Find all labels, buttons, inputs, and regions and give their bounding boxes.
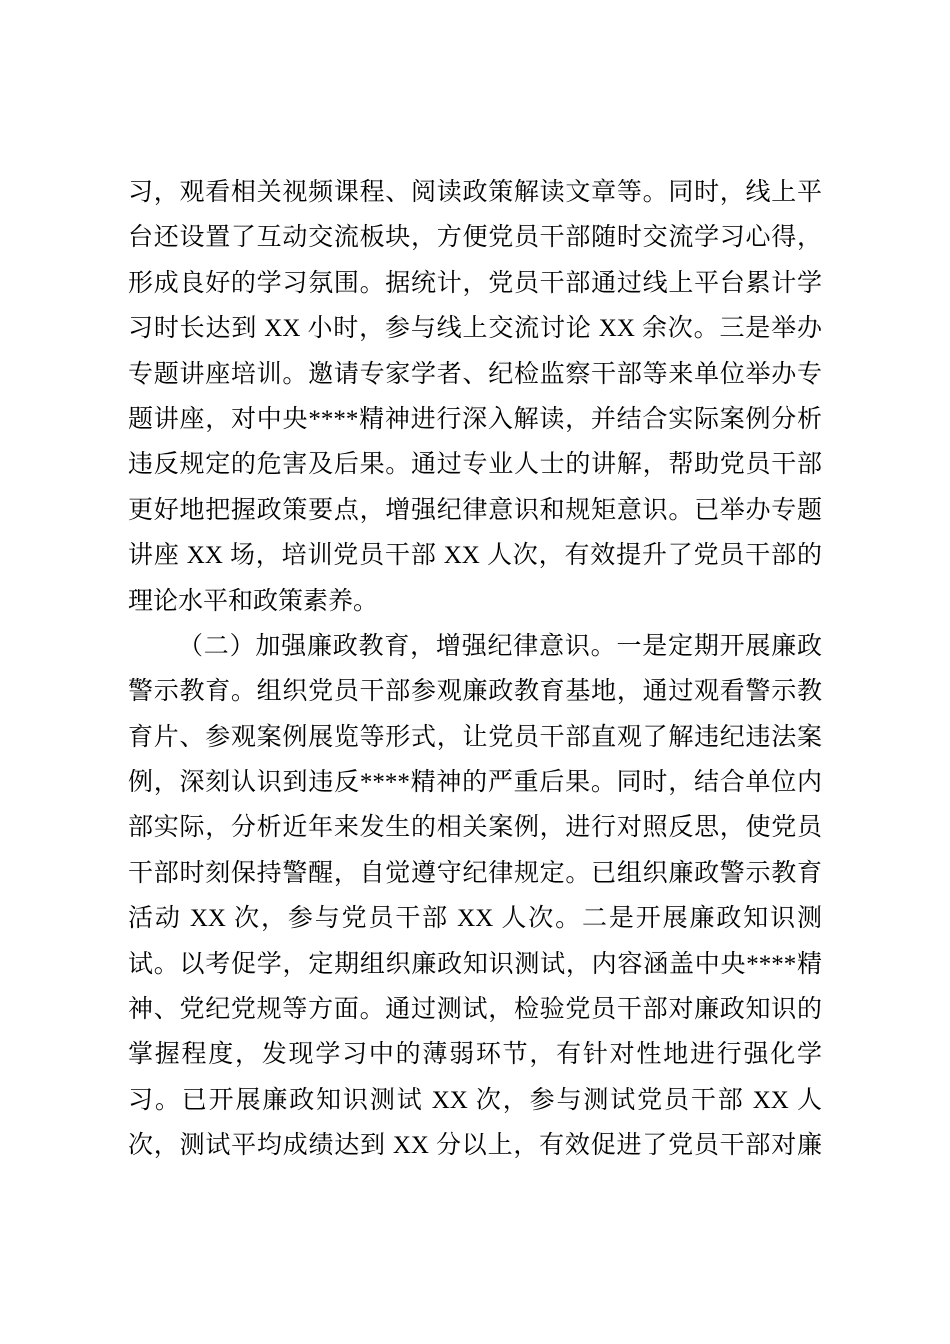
text-line: 题讲座，对中央****精神进行深入解读，并结合实际案例分析 <box>128 397 822 442</box>
text-line: 次，测试平均成绩达到 XX 分以上，有效促进了党员干部对廉 <box>128 1123 822 1168</box>
text-line: 例，深刻认识到违反****精神的严重后果。同时，结合单位内 <box>128 760 822 805</box>
text-line: 理论水平和政策素养。 <box>128 579 822 624</box>
document-body: 习，观看相关视频课程、阅读政策解读文章等。同时，线上平台还设置了互动交流板块，方… <box>128 170 822 1169</box>
text-line: 更好地把握政策要点，增强纪律意识和规矩意识。已举办专题 <box>128 488 822 533</box>
text-line: 活动 XX 次，参与党员干部 XX 人次。二是开展廉政知识测 <box>128 896 822 941</box>
text-line: 违反规定的危害及后果。通过专业人士的讲解，帮助党员干部 <box>128 442 822 487</box>
text-line: 形成良好的学习氛围。据统计，党员干部通过线上平台累计学 <box>128 261 822 306</box>
page-background: 习，观看相关视频课程、阅读政策解读文章等。同时，线上平台还设置了互动交流板块，方… <box>0 0 950 1344</box>
text-line: 台还设置了互动交流板块，方便党员干部随时交流学习心得， <box>128 215 822 260</box>
text-line: 讲座 XX 场，培训党员干部 XX 人次，有效提升了党员干部的 <box>128 533 822 578</box>
text-line: 习时长达到 XX 小时，参与线上交流讨论 XX 余次。三是举办 <box>128 306 822 351</box>
document-page: { "page": { "type": "document-page-previ… <box>0 0 950 1344</box>
paragraph: （二）加强廉政教育，增强纪律意识。一是定期开展廉政警示教育。组织党员干部参观廉政… <box>128 624 822 1169</box>
text-line: 神、党纪党规等方面。通过测试，检验党员干部对廉政知识的 <box>128 987 822 1032</box>
paragraph: 习，观看相关视频课程、阅读政策解读文章等。同时，线上平台还设置了互动交流板块，方… <box>128 170 822 624</box>
text-line: 专题讲座培训。邀请专家学者、纪检监察干部等来单位举办专 <box>128 352 822 397</box>
text-line: 警示教育。组织党员干部参观廉政教育基地，通过观看警示教 <box>128 669 822 714</box>
text-line: 育片、参观案例展览等形式，让党员干部直观了解违纪违法案 <box>128 715 822 760</box>
text-line: 习，观看相关视频课程、阅读政策解读文章等。同时，线上平 <box>128 170 822 215</box>
text-line: 部实际，分析近年来发生的相关案例，进行对照反思，使党员 <box>128 805 822 850</box>
text-line: 掌握程度，发现学习中的薄弱环节，有针对性地进行强化学 <box>128 1032 822 1077</box>
text-line: （二）加强廉政教育，增强纪律意识。一是定期开展廉政 <box>128 624 822 669</box>
text-line: 干部时刻保持警醒，自觉遵守纪律规定。已组织廉政警示教育 <box>128 851 822 896</box>
text-line: 试。以考促学，定期组织廉政知识测试，内容涵盖中央****精 <box>128 942 822 987</box>
text-line: 习。已开展廉政知识测试 XX 次，参与测试党员干部 XX 人 <box>128 1078 822 1123</box>
